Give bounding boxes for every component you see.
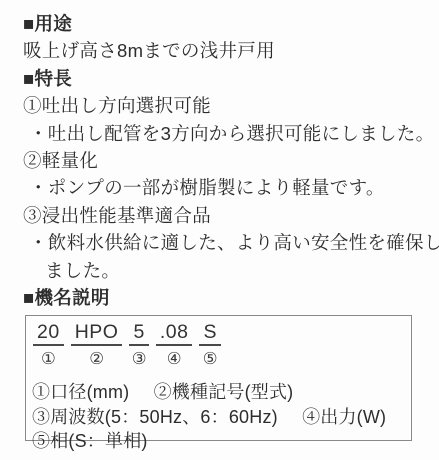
feature-2-desc: ・ポンプの一部が樹脂製により軽量です。 (23, 174, 433, 201)
legend-line-3: ⑤相(S：単相) (32, 429, 411, 454)
segment-value: .08 (156, 322, 193, 346)
segment-value: 5 (129, 322, 148, 346)
legend-item: ②機種記号(型式) (154, 382, 294, 402)
legend-item: ③周波数(5：50Hz、6：60Hz) (32, 407, 278, 427)
feature-1-desc: ・吐出し配管を3方向から選択可能にしました。 (23, 120, 433, 147)
features-heading: ■特長 (23, 65, 433, 92)
feature-3-desc-line1: ・飲料水供給に適した、より高い安全性を確保し (23, 229, 433, 256)
segment-number: ③ (132, 351, 147, 368)
segment-number: ⑤ (203, 351, 218, 368)
model-heading: ■機名説明 (23, 284, 433, 311)
legend-line-2: ③周波数(5：50Hz、6：60Hz) ④出力(W) (32, 405, 411, 430)
segment-value: 20 (33, 322, 64, 346)
legend-item: ④出力(W) (302, 407, 386, 427)
feature-3-desc-line2: ました。 (23, 257, 433, 284)
model-code-segments: 20 ① HPO ② 5 ③ .08 ④ S ⑤ (26, 316, 411, 368)
feature-2-title: ②軽量化 (23, 147, 433, 174)
model-code-segment-2: HPO ② (71, 322, 123, 368)
model-code-box: 20 ① HPO ② 5 ③ .08 ④ S ⑤ ①口径(mm) ②機種記号(型… (25, 315, 412, 441)
segment-number: ① (41, 351, 56, 368)
legend-item: ⑤相(S：単相) (32, 431, 148, 451)
feature-1-title: ①吐出し方向選択可能 (23, 92, 433, 119)
model-code-legend: ①口径(mm) ②機種記号(型式) ③周波数(5：50Hz、6：60Hz) ④出… (26, 368, 411, 454)
model-code-segment-1: 20 ① (33, 322, 64, 368)
model-code-segment-3: 5 ③ (129, 322, 148, 368)
usage-body: 吸上げ高さ8mまでの浅井戸用 (23, 37, 433, 64)
model-code-segment-4: .08 ④ (156, 322, 193, 368)
legend-item: ①口径(mm) (32, 382, 129, 402)
model-code-segment-5: S ⑤ (199, 322, 221, 368)
segment-value: S (199, 322, 221, 346)
feature-3-title: ③浸出性能基準適合品 (23, 202, 433, 229)
usage-heading: ■用途 (23, 10, 433, 37)
segment-value: HPO (71, 322, 123, 346)
segment-number: ② (89, 351, 104, 368)
legend-line-1: ①口径(mm) ②機種記号(型式) (32, 380, 411, 405)
segment-number: ④ (167, 351, 182, 368)
catalog-text-column: ■用途 吸上げ高さ8mまでの浅井戸用 ■特長 ①吐出し方向選択可能 ・吐出し配管… (0, 0, 439, 311)
